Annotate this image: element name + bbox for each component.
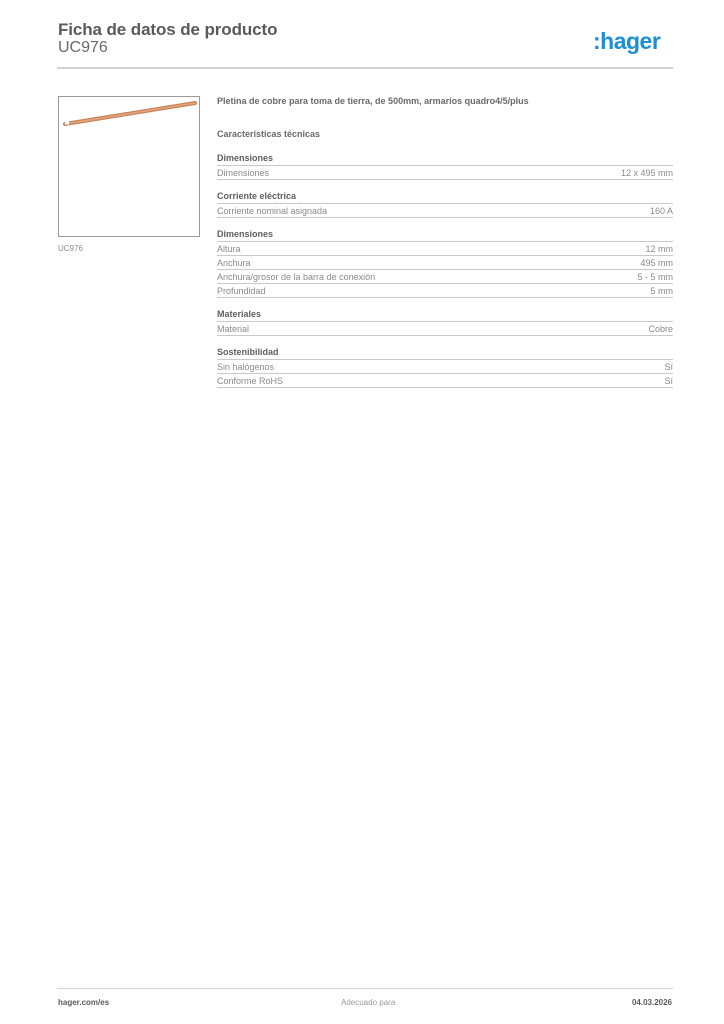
section-title: Corriente eléctrica xyxy=(217,190,673,204)
spec-content: Pletina de cobre para toma de tierra, de… xyxy=(217,96,673,398)
spec-row: Dimensiones12 x 495 mm xyxy=(217,166,673,180)
spec-label: Corriente nominal asignada xyxy=(217,204,327,217)
spec-label: Sin halógenos xyxy=(217,360,274,373)
spec-section: DimensionesAltura12 mmAnchura495 mmAnchu… xyxy=(217,228,673,298)
spec-label: Altura xyxy=(217,242,241,255)
spec-label: Profundidad xyxy=(217,284,266,297)
spec-row: Altura12 mm xyxy=(217,242,673,256)
spec-value: Cobre xyxy=(648,322,673,335)
hager-logo: :hager xyxy=(593,28,660,55)
tech-characteristics-title: Características técnicas xyxy=(217,129,673,152)
spec-label: Dimensiones xyxy=(217,166,269,179)
spec-row: Sin halógenosSí xyxy=(217,360,673,374)
spec-row: Profundidad5 mm xyxy=(217,284,673,298)
spec-section: Corriente eléctricaCorriente nominal asi… xyxy=(217,190,673,218)
header-divider xyxy=(57,67,673,69)
spec-value: 5 mm xyxy=(651,284,674,297)
spec-value: Sí xyxy=(664,360,673,373)
section-title: Dimensiones xyxy=(217,152,673,166)
spec-value: 12 mm xyxy=(645,242,673,255)
image-caption: UC976 xyxy=(58,244,83,253)
spec-value: 495 mm xyxy=(640,256,673,269)
spec-row: Anchura/grosor de la barra de conexión5 … xyxy=(217,270,673,284)
footer-website-link[interactable]: hager.com/es xyxy=(58,998,109,1007)
product-code: UC976 xyxy=(58,39,108,57)
spec-value: 5 - 5 mm xyxy=(637,270,673,283)
footer-center-text: Adecuado para xyxy=(341,998,395,1007)
section-title: Materiales xyxy=(217,308,673,322)
spec-section: DimensionesDimensiones12 x 495 mm xyxy=(217,152,673,180)
spec-section: MaterialesMaterialCobre xyxy=(217,308,673,336)
spec-row: Anchura495 mm xyxy=(217,256,673,270)
footer-divider xyxy=(57,988,673,989)
footer-date: 04.03.2026 xyxy=(632,998,672,1007)
product-image xyxy=(58,96,200,237)
spec-value: 160 A xyxy=(650,204,673,217)
spec-value: Sí xyxy=(664,374,673,387)
spec-sections: DimensionesDimensiones12 x 495 mmCorrien… xyxy=(217,152,673,388)
section-title: Sostenibilidad xyxy=(217,346,673,360)
product-description: Pletina de cobre para toma de tierra, de… xyxy=(217,96,673,129)
spec-row: MaterialCobre xyxy=(217,322,673,336)
spec-value: 12 x 495 mm xyxy=(621,166,673,179)
spec-label: Anchura xyxy=(217,256,251,269)
copper-bar-icon xyxy=(59,97,199,236)
spec-label: Conforme RoHS xyxy=(217,374,283,387)
page-title: Ficha de datos de producto xyxy=(58,20,277,40)
spec-row: Conforme RoHSSí xyxy=(217,374,673,388)
spec-label: Anchura/grosor de la barra de conexión xyxy=(217,270,375,283)
spec-row: Corriente nominal asignada160 A xyxy=(217,204,673,218)
spec-section: SostenibilidadSin halógenosSíConforme Ro… xyxy=(217,346,673,388)
section-title: Dimensiones xyxy=(217,228,673,242)
spec-label: Material xyxy=(217,322,249,335)
